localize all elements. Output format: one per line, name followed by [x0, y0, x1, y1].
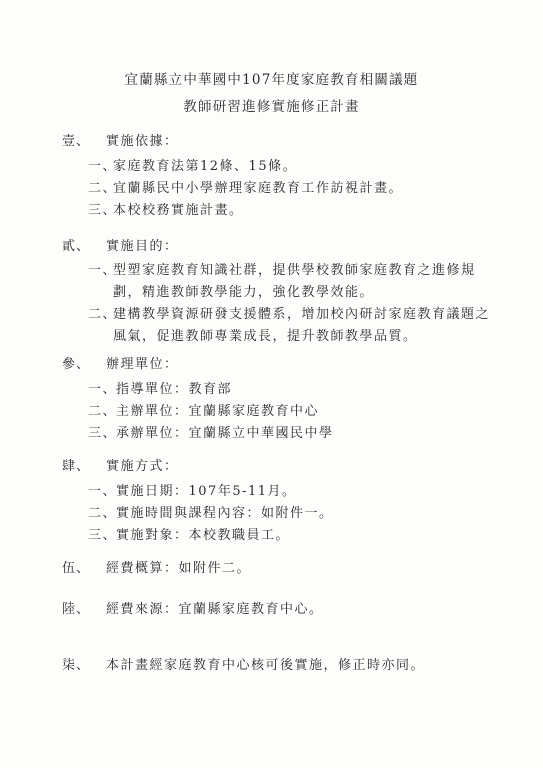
section-heading: 實施方式： — [106, 455, 179, 474]
item-text-continued: 風氣，促進教師專業成長，提升教師教學品質。 — [113, 325, 418, 344]
item-number: 二、 — [88, 502, 117, 521]
item-number: 三、 — [88, 422, 117, 441]
item-text: 實施日期：107年5-11月。 — [116, 480, 297, 499]
document-title-line2: 教師研習進修實施修正計畫 — [0, 95, 543, 115]
section-heading: 經費概算：如附件二。 — [106, 557, 251, 576]
item-number: 三、 — [88, 524, 117, 543]
section-number: 參、 — [62, 353, 90, 372]
section-heading: 實施目的： — [106, 235, 179, 254]
item-text: 型塑家庭教育知識社群，提供學校教師家庭教育之進修規 — [113, 259, 476, 278]
section-heading: 本計畫經家庭教育中心核可後實施，修正時亦同。 — [106, 654, 425, 673]
section-number: 陸、 — [62, 598, 90, 617]
item-number: 一、 — [88, 480, 117, 499]
item-text: 主辦單位：宜蘭縣家庭教育中心 — [116, 400, 319, 419]
item-text: 實施時間與課程內容：如附件一。 — [116, 502, 334, 521]
section-heading: 實施依據： — [106, 130, 179, 149]
document-title-line1: 宜蘭縣立中華國中107年度家庭教育相關議題 — [0, 68, 543, 88]
item-text: 家庭教育法第12條、15條。 — [113, 155, 297, 174]
section-number: 伍、 — [62, 557, 90, 576]
item-text: 實施對象：本校教職員工。 — [116, 524, 290, 543]
section-heading: 辦理單位： — [106, 353, 179, 372]
document-page: 宜蘭縣立中華國中107年度家庭教育相關議題 教師研習進修實施修正計畫 壹、 實施… — [0, 0, 543, 768]
item-text: 本校校務實施計畫。 — [113, 199, 244, 218]
item-text: 宜蘭縣民中小學辦理家庭教育工作訪視計畫。 — [113, 177, 403, 196]
section-heading: 經費來源：宜蘭縣家庭教育中心。 — [106, 598, 324, 617]
section-number: 柒、 — [62, 654, 90, 673]
item-text: 承辦單位：宜蘭縣立中華國民中學 — [116, 422, 334, 441]
section-number: 貳、 — [62, 235, 90, 254]
section-number: 肆、 — [62, 455, 90, 474]
item-number: 二、 — [88, 400, 117, 419]
item-text: 建構教學資源研發支援體系，增加校內研討家庭教育議題之 — [113, 303, 490, 322]
item-number: 一、 — [88, 378, 117, 397]
item-text: 指導單位：教育部 — [116, 378, 232, 397]
section-number: 壹、 — [62, 130, 90, 149]
item-text-continued: 劃，精進教師教學能力，強化教學效能。 — [113, 281, 374, 300]
